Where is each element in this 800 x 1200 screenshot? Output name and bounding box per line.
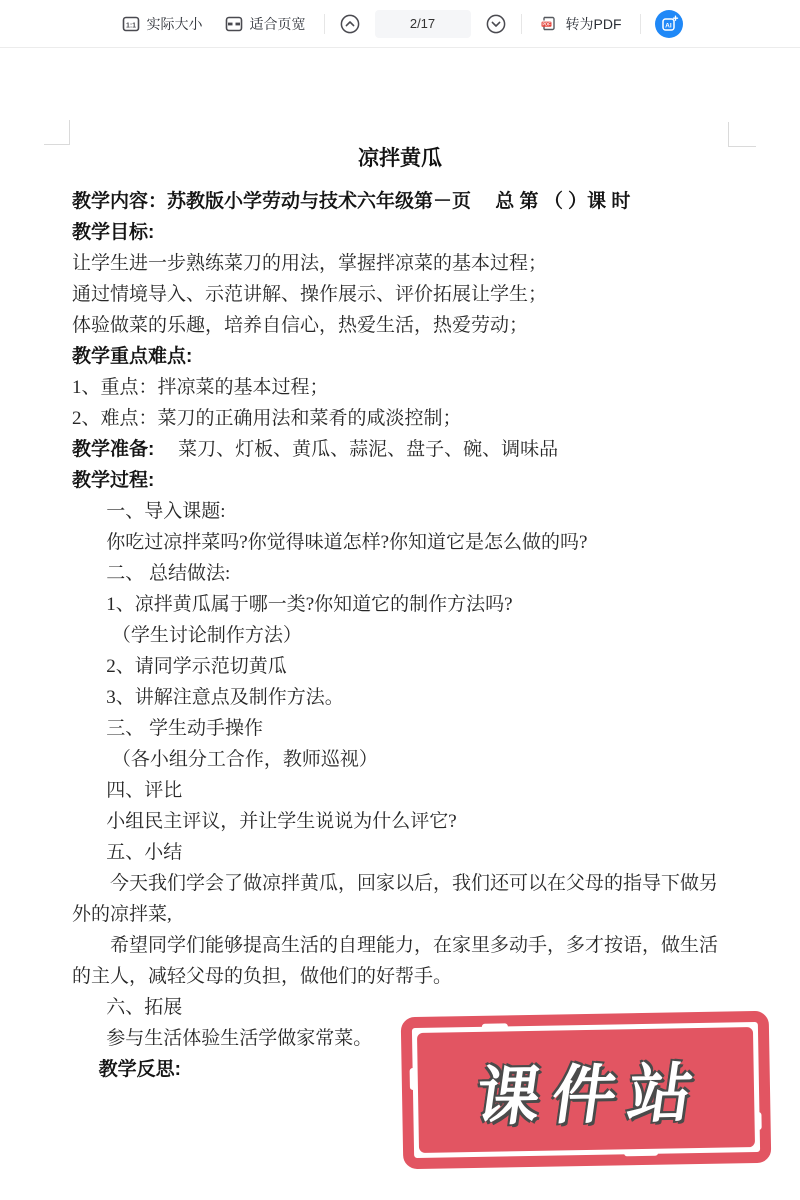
stamp-text: 课件站 [461,1042,712,1138]
doc-paragraph: 通过情境导入、示范讲解、操作展示、评价拓展让学生； [72,279,728,310]
doc-paragraph: 1、凉拌黄瓜属于哪一类?你知道它的制作方法吗? [72,589,728,620]
doc-paragraph: 教学重点难点: [72,341,728,372]
pdf-file-icon: PDF [540,14,559,33]
actual-size-button[interactable]: 1:1 实际大小 [118,10,207,38]
next-page-button[interactable] [485,13,507,35]
doc-paragraph: 体验做菜的乐趣，培养自信心，热爱生活，热爱劳动； [72,310,728,341]
ai-assistant-button[interactable]: AI [655,10,683,38]
doc-paragraph: 1、重点：拌凉菜的基本过程； [72,372,728,403]
svg-text:PDF: PDF [542,22,551,27]
convert-to-pdf-label: 转为PDF [566,14,622,34]
document-title: 凉拌黄瓜 [72,144,728,174]
doc-paragraph: 教学过程: [72,465,728,496]
svg-text:AI: AI [665,22,672,29]
svg-text:1:1: 1:1 [125,22,135,29]
doc-paragraph: （各小组分工合作，教师巡视） [72,744,728,775]
previous-page-button[interactable] [339,13,361,35]
chevron-down-icon [485,13,507,35]
fit-width-button[interactable]: 适合页宽 [221,10,310,38]
doc-paragraph: 希望同学们能够提高生活的自理能力，在家里多动手，多才按语，做生活的主人，减轻父母… [72,930,728,992]
stamp-texture-chip [624,1150,658,1157]
viewer-toolbar: 1:1 实际大小 适合页宽 2/17 [0,0,800,48]
doc-paragraph: 让学生进一步熟练菜刀的用法，掌握拌凉菜的基本过程； [72,248,728,279]
doc-paragraph: 3、讲解注意点及制作方法。 [72,682,728,713]
doc-paragraph: （学生讨论制作方法） [72,620,728,651]
actual-size-label: 实际大小 [147,14,203,34]
ai-icon: AI [655,10,683,38]
page-number-input[interactable]: 2/17 [375,10,471,38]
toolbar-divider [640,14,641,34]
toolbar-divider [324,14,325,34]
doc-paragraph: 一、导入课题: [72,496,728,527]
document-page: 凉拌黄瓜 教学内容：苏教版小学劳动与技术六年级第－页 总 第 （ ）课 时教学目… [0,48,800,1200]
stamp-texture-chip [410,1068,417,1090]
doc-paragraph: 小组民主评议，并让学生说说为什么评它? [72,806,728,837]
doc-paragraph: 五、小结 [72,837,728,868]
doc-paragraph: 你吃过凉拌菜吗?你觉得味道怎样?你知道它是怎么做的吗? [72,527,728,558]
document-content: 凉拌黄瓜 教学内容：苏教版小学劳动与技术六年级第－页 总 第 （ ）课 时教学目… [72,144,728,1085]
doc-body: 教学内容：苏教版小学劳动与技术六年级第－页 总 第 （ ）课 时教学目标:让学生… [72,186,728,1085]
fit-width-label: 适合页宽 [250,14,306,34]
chevron-up-icon [339,13,361,35]
stamp-texture-chip [482,1023,508,1030]
doc-paragraph: 三、 学生动手操作 [72,713,728,744]
doc-paragraph: 四、评比 [72,775,728,806]
toolbar-divider [521,14,522,34]
doc-paragraph: 今天我们学会了做凉拌黄瓜，回家以后，我们还可以在父母的指导下做另外的凉拌菜, [72,868,728,930]
doc-paragraph: 教学目标: [72,217,728,248]
stamp-texture-chip [755,1112,761,1130]
stamp-body: 课件站 [417,1027,755,1153]
kejianzhan-watermark-stamp: 课件站 [401,1011,772,1169]
page-margin-corner-right [728,122,756,147]
doc-paragraph: 教学内容：苏教版小学劳动与技术六年级第－页 总 第 （ ）课 时 [72,186,728,217]
doc-paragraph: 二、 总结做法: [72,558,728,589]
convert-to-pdf-button[interactable]: PDF 转为PDF [536,10,626,38]
fit-width-icon [225,15,243,33]
doc-paragraph: 教学准备: 菜刀、灯板、黄瓜、蒜泥、盘子、碗、调味品 [72,434,728,465]
page-margin-corner-left [44,120,70,145]
doc-paragraph: 2、请同学示范切黄瓜 [72,651,728,682]
doc-paragraph: 2、难点：菜刀的正确用法和菜肴的咸淡控制； [72,403,728,434]
actual-size-icon: 1:1 [122,15,140,33]
